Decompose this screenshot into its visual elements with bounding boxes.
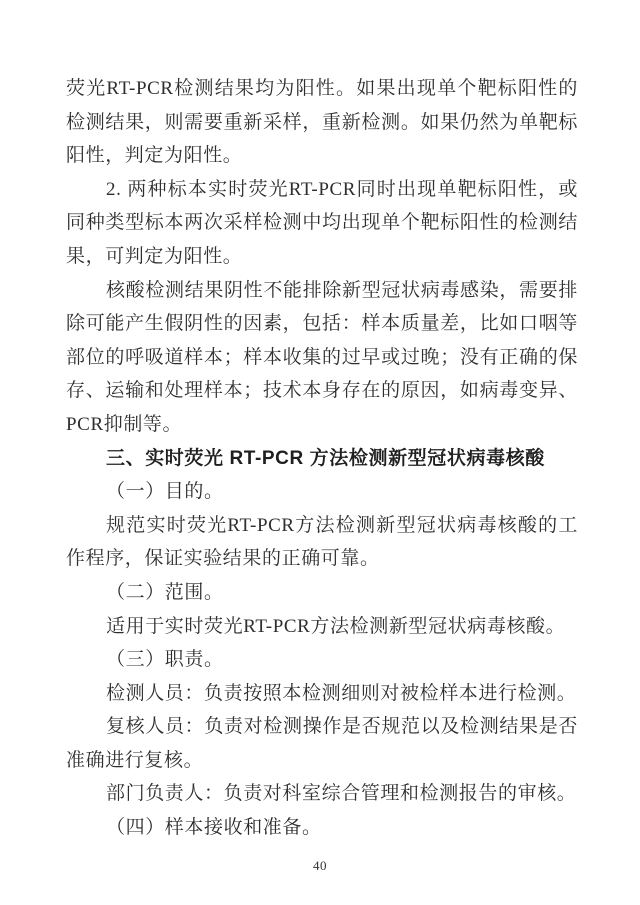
subsection-heading-scope: （二）范围。	[66, 576, 578, 610]
page-number: 40	[0, 858, 640, 874]
document-page: 荧光RT-PCR检测结果均为阳性。如果出现单个靶标阳性的检测结果，则需要重新采样…	[0, 0, 640, 905]
paragraph-negative-result-note: 核酸检测结果阴性不能排除新型冠状病毒感染，需要排除可能产生假阴性的因素，包括：样…	[66, 274, 578, 442]
paragraph-purpose: 规范实时荧光RT-PCR方法检测新型冠状病毒核酸的工作程序，保证实验结果的正确可…	[66, 509, 578, 576]
subsection-heading-sample-receipt: （四）样本接收和准备。	[66, 811, 578, 845]
body-text: 荧光RT-PCR检测结果均为阳性。如果出现单个靶标阳性的检测结果，则需要重新采样…	[66, 72, 578, 845]
subsection-heading-purpose: （一）目的。	[66, 475, 578, 509]
subsection-heading-duties: （三）职责。	[66, 643, 578, 677]
paragraph-continuation: 荧光RT-PCR检测结果均为阳性。如果出现单个靶标阳性的检测结果，则需要重新采样…	[66, 72, 578, 173]
paragraph-duty-reviewer: 复核人员：负责对检测操作是否规范以及检测结果是否准确进行复核。	[66, 710, 578, 777]
paragraph-rule-2: 2. 两种标本实时荧光RT-PCR同时出现单靶标阳性，或同种类型标本两次采样检测…	[66, 173, 578, 274]
paragraph-scope: 适用于实时荧光RT-PCR方法检测新型冠状病毒核酸。	[66, 610, 578, 644]
paragraph-duty-tester: 检测人员：负责按照本检测细则对被检样本进行检测。	[66, 677, 578, 711]
paragraph-duty-head: 部门负责人：负责对科室综合管理和检测报告的审核。	[66, 777, 578, 811]
section-heading-3: 三、实时荧光 RT-PCR 方法检测新型冠状病毒核酸	[66, 442, 578, 476]
